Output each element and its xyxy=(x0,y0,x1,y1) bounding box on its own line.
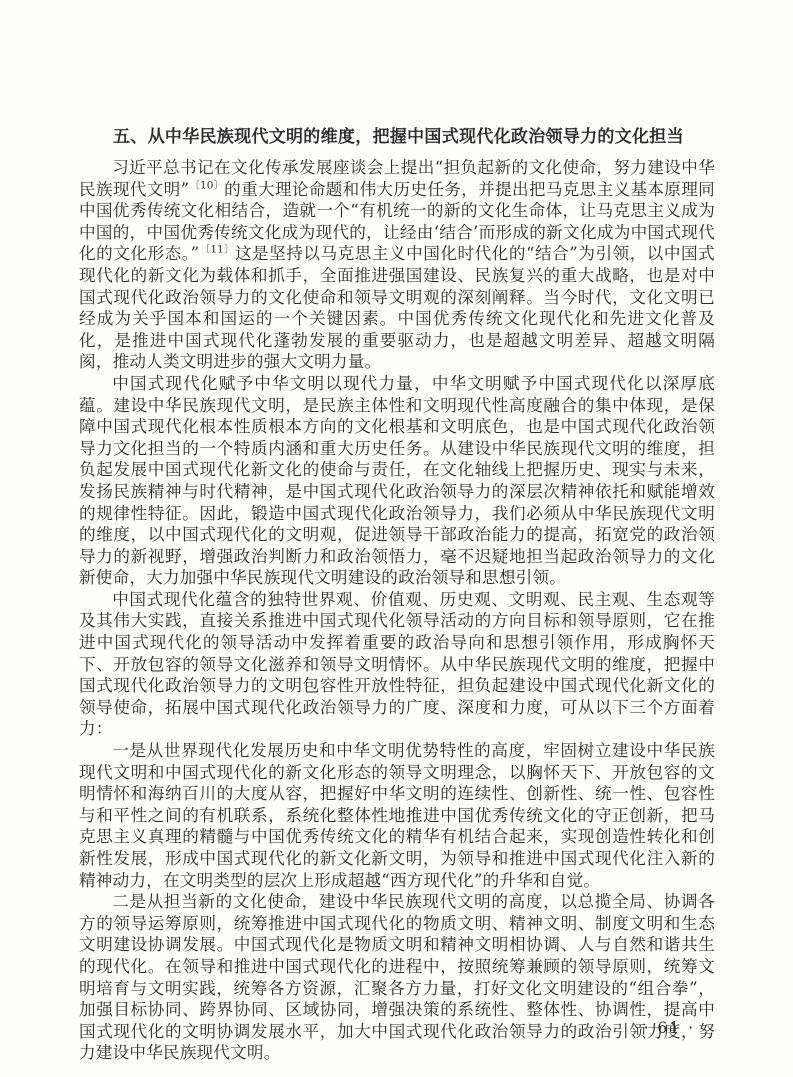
document-page: 五、从中华民族现代文明的维度，把握中国式现代化政治领导力的文化担当 习近平总书记… xyxy=(0,0,793,1077)
footnote-ref-11: 〔11〕 xyxy=(199,244,235,256)
article-body: 五、从中华民族现代文明的维度，把握中国式现代化政治领导力的文化担当 习近平总书记… xyxy=(79,126,715,1064)
paragraph-4: 一是从世界现代化发展历史和中华文明优势特性的高度，牢固树立建设中华民族现代文明和… xyxy=(79,740,715,891)
paragraph-2: 中国式现代化赋予中华文明以现代力量，中华文明赋予中国式现代化以深厚底蕴。建设中华… xyxy=(79,373,715,589)
footnote-ref-10: 〔10〕 xyxy=(189,179,224,191)
paragraph-3: 中国式现代化蕴含的独特世界观、价值观、历史观、文明观、民主观、生态观等及其伟大实… xyxy=(79,589,715,740)
paragraph-1: 习近平总书记在文化传承发展座谈会上提出“担负起新的文化使命，努力建设中华民族现代… xyxy=(79,157,715,373)
paragraph-1-segment-3: 这是坚持以马克思主义中国化时代化的“结合”为引领，以中国式现代化的新文化为载体和… xyxy=(79,244,715,371)
section-heading: 五、从中华民族现代文明的维度，把握中国式现代化政治领导力的文化担当 xyxy=(79,126,715,148)
page-number: · 61 · xyxy=(644,1019,695,1037)
paragraph-5: 二是从担当新的文化使命，建设中华民族现代文明的高度，以总揽全局、协调各方的领导运… xyxy=(79,891,715,1064)
